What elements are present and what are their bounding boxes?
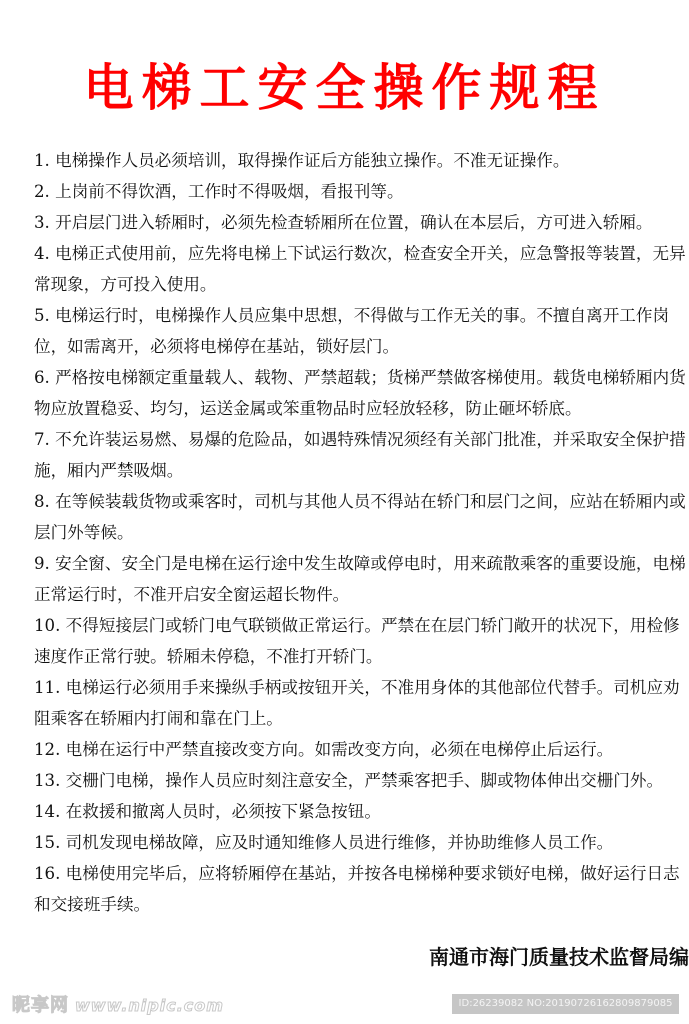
rule-item: 2. 上岗前不得饮酒，工作时不得吸烟，看报刊等。	[34, 176, 688, 207]
watermark-logo-text: 昵享网	[12, 995, 69, 1016]
watermark-logo: 昵享网www.nipic.com	[12, 991, 224, 1017]
rule-item: 14. 在救援和撤离人员时，必须按下紧急按钮。	[34, 796, 688, 827]
document-title: 电梯工安全操作规程	[0, 52, 689, 124]
rule-item: 5. 电梯运行时，电梯操作人员应集中思想，不得做与工作无关的事。不擅自离开工作岗…	[34, 300, 688, 362]
rule-item: 9. 安全窗、安全门是电梯在运行途中发生故障或停电时，用来疏散乘客的重要设施，电…	[34, 548, 688, 610]
rule-item: 6. 严格按电梯额定重量载人、载物、严禁超载；货梯严禁做客梯使用。载货电梯轿厢内…	[34, 362, 688, 424]
issuer-footer: 南通市海门质量技术监督局编	[429, 940, 689, 974]
rule-item: 4. 电梯正式使用前，应先将电梯上下试运行数次，检查安全开关，应急警报等装置，无…	[34, 238, 688, 300]
rule-item: 10. 不得短接层门或轿门电气联锁做正常运行。严禁在在层门轿门敞开的状况下，用检…	[34, 610, 688, 672]
rule-item: 12. 电梯在运行中严禁直接改变方向。如需改变方向，必须在电梯停止后运行。	[34, 734, 688, 765]
rule-item: 3. 开启层门进入轿厢时，必须先检查轿厢所在位置，确认在本层后，方可进入轿厢。	[34, 207, 688, 238]
rule-item: 15. 司机发现电梯故障，应及时通知维修人员进行维修，并协助维修人员工作。	[34, 827, 688, 858]
rules-list: 1. 电梯操作人员必须培训，取得操作证后方能独立操作。不准无证操作。 2. 上岗…	[34, 145, 688, 920]
rule-item: 13. 交栅门电梯，操作人员应时刻注意安全，严禁乘客把手、脚或物体伸出交栅门外。	[34, 765, 688, 796]
watermark-id-badge: ID:26239082 NO:20190726162809879085	[452, 994, 679, 1014]
rule-item: 1. 电梯操作人员必须培训，取得操作证后方能独立操作。不准无证操作。	[34, 145, 688, 176]
watermark-site: www.nipic.com	[75, 996, 224, 1015]
rule-item: 11. 电梯运行必须用手来操纵手柄或按钮开关，不准用身体的其他部位代替手。司机应…	[34, 672, 688, 734]
rule-item: 16. 电梯使用完毕后，应将轿厢停在基站，并按各电梯梯种要求锁好电梯，做好运行日…	[34, 858, 688, 920]
rule-item: 8. 在等候装载货物或乘客时，司机与其他人员不得站在轿门和层门之间，应站在轿厢内…	[34, 486, 688, 548]
rule-item: 7. 不允许装运易燃、易爆的危险品，如遇特殊情况须经有关部门批准，并采取安全保护…	[34, 424, 688, 486]
